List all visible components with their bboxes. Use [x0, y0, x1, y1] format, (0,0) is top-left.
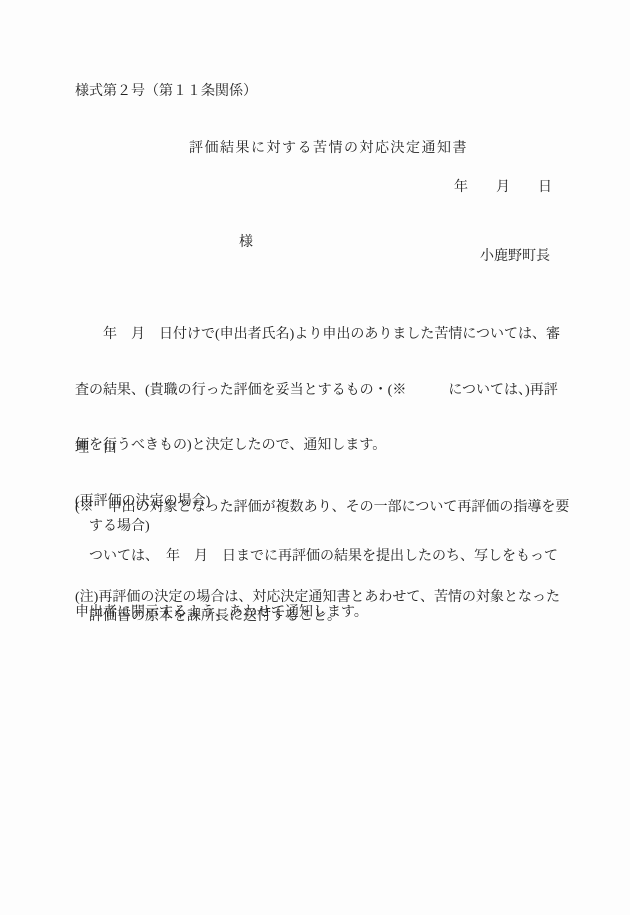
caution-note-line: (注)再評価の決定の場合は、対応決定通知書とあわせて、苦情の対象となった	[75, 589, 565, 608]
body-line: 価を行うべきもの)と決定したので、通知します。	[75, 437, 559, 456]
body-line: ついては、 年 月 日までに再評価の結果を提出したのち、写しをもって	[75, 548, 559, 567]
body-line: 年 月 日付けで(申出者氏名)より申出のありました苦情については、審	[75, 326, 559, 345]
addressee-honorific: 様	[239, 235, 253, 250]
caution-note: (注)再評価の決定の場合は、対応決定通知書とあわせて、苦情の対象となった 評価書…	[75, 589, 565, 626]
addressee-line: 様	[225, 215, 253, 271]
asterisk-note-line: (※ 申出の対象となった評価が複数あり、その一部について再評価の指導を要	[75, 499, 565, 518]
caution-note-line: 評価書の原本を課所長に送付すること。	[75, 608, 565, 627]
reason-label: 理 由	[75, 440, 117, 459]
document-page: 様式第２号（第１１条関係） 評価結果に対する苦情の対応決定通知書 年 月 日 様…	[0, 0, 630, 915]
asterisk-note: (※ 申出の対象となった評価が複数あり、その一部について再評価の指導を要 する場…	[75, 499, 565, 536]
sender-title: 小鹿野町長	[480, 248, 550, 267]
document-title: 評価結果に対する苦情の対応決定通知書	[189, 140, 468, 159]
date-line: 年 月 日	[454, 179, 552, 198]
form-number: 様式第２号（第１１条関係）	[75, 83, 257, 102]
asterisk-note-line: する場合)	[75, 518, 565, 537]
body-line: 査の結果、(貴職の行った評価を妥当とするもの・(※ については、)再評	[75, 382, 559, 401]
